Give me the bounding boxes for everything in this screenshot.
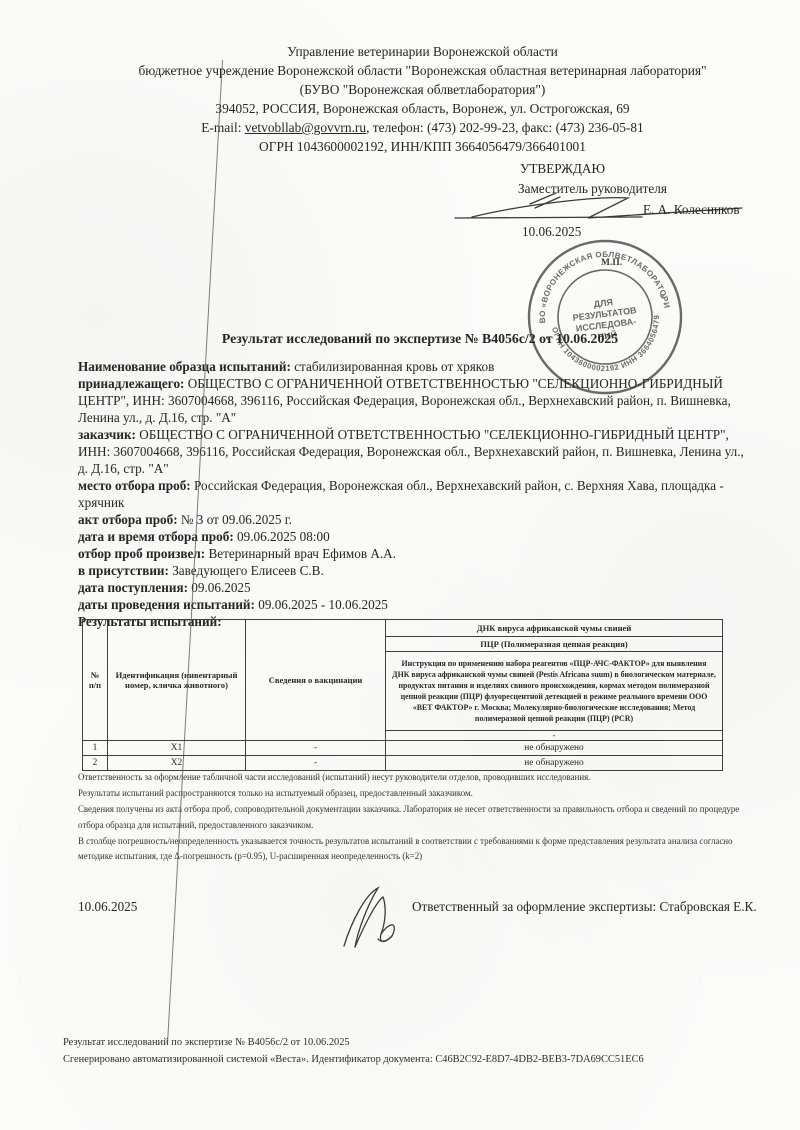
approve-word: УТВЕРЖДАЮ (520, 161, 605, 177)
scanned-document-page: Управление ветеринарии Воронежской облас… (0, 0, 800, 1130)
result-header-method-name: ПЦР (Полимеразная цепная реакция) (386, 637, 723, 652)
email-link: vetvobllab@govvrn.ru (245, 120, 366, 135)
field-sample-name: Наименование образца испытаний: стабилиз… (78, 358, 748, 375)
document-title: Результат исследований по экспертизе № В… (40, 331, 800, 347)
org-short-name-line: (БУВО "Воронежская облветлаборатория") (45, 80, 800, 99)
org-header: Управление ветеринарии Воронежской облас… (45, 42, 800, 156)
phone-fax-text: , телефон: (473) 202-99-23, факс: (473) … (366, 120, 644, 135)
footer-generated-line: Сгенерировано автоматизированной системо… (63, 1052, 763, 1069)
row-identification: Х1 (108, 741, 246, 756)
field-sampling-datetime: дата и время отбора проб: 09.06.2025 08:… (78, 528, 748, 545)
result-header-method-description: Инструкция по применению набора реагенто… (386, 652, 723, 731)
org-contacts-line: E-mail: vetvobllab@govvrn.ru, телефон: (… (45, 118, 800, 137)
field-owner: принадлежащего: ОБЩЕСТВО С ОГРАНИЧЕННОЙ … (78, 375, 748, 426)
org-name-line: бюджетное учреждение Воронежской области… (45, 61, 800, 80)
result-header-sub-dash: - (386, 731, 723, 741)
result-header-analyte: ДНК вируса африканской чумы свиней (386, 620, 723, 637)
org-ogrn-line: ОГРН 1043600002192, ИНН/КПП 3664056479/3… (45, 137, 800, 156)
row-vaccination: - (246, 756, 386, 771)
org-department-line: Управление ветеринарии Воронежской облас… (45, 42, 800, 61)
row-identification: Х2 (108, 756, 246, 771)
responsible-signature (330, 884, 410, 952)
field-receipt-date: дата поступления: 09.06.2025 (78, 579, 748, 596)
row-result: не обнаружено (386, 756, 723, 771)
row-result: не обнаружено (386, 741, 723, 756)
email-label: E-mail: (201, 120, 241, 135)
field-sampler: отбор проб произвел: Ветеринарный врач Е… (78, 545, 748, 562)
field-testing-dates: даты проведения испытаний: 09.06.2025 - … (78, 596, 748, 613)
field-sampling-place: место отбора проб: Российская Федерация,… (78, 477, 748, 511)
approver-name: Е. А. Колесников (643, 202, 740, 218)
row-number: 1 (83, 741, 108, 756)
col-header-vaccination: Сведения о вакцинации (246, 620, 386, 741)
table-row: 1 Х1 - не обнаружено (83, 741, 723, 756)
field-witness: в присутствии: Заведующего Елисеев С.В. (78, 562, 748, 579)
col-header-identification: Идентификация (инвентарный номер, кличка… (108, 620, 246, 741)
row-vaccination: - (246, 741, 386, 756)
field-customer: заказчик: ОБЩЕСТВО С ОГРАНИЧЕННОЙ ОТВЕТС… (78, 426, 748, 477)
mp-place-of-seal: М.П. (601, 258, 622, 268)
field-sampling-act: акт отбора проб: № 3 от 09.06.2025 г. (78, 511, 748, 528)
results-table: № п/п Идентификация (инвентарный номер, … (82, 619, 723, 771)
row-number: 2 (83, 756, 108, 771)
sample-fields: Наименование образца испытаний: стабилиз… (78, 358, 748, 630)
org-address-line: 394052, РОССИЯ, Воронежская область, Вор… (45, 99, 800, 118)
table-header-row-1: № п/п Идентификация (инвентарный номер, … (83, 620, 723, 637)
footnote-1: Ответственность за оформление табличной … (78, 770, 756, 785)
responsible-person: Ответственный за оформление экспертизы: … (412, 899, 757, 915)
table-row: 2 Х2 - не обнаружено (83, 756, 723, 771)
col-header-number: № п/п (83, 620, 108, 741)
signoff-date: 10.06.2025 (78, 899, 137, 915)
